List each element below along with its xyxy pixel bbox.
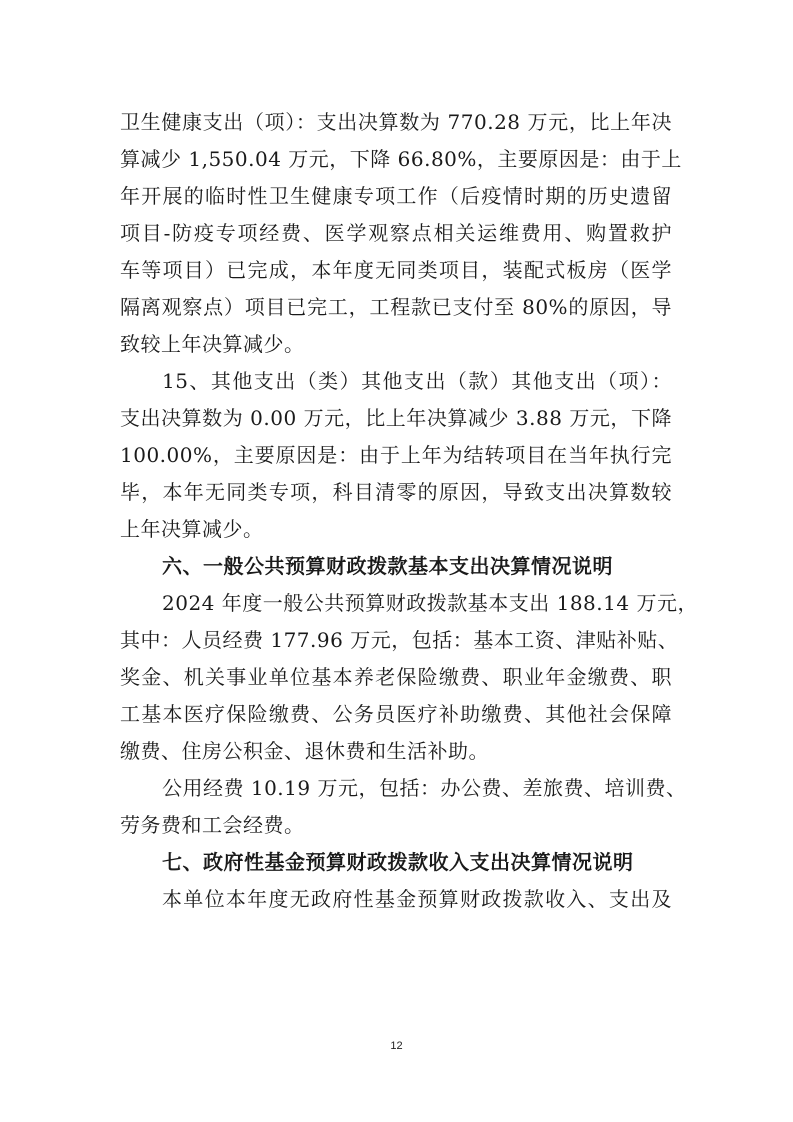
text-line: 100.00%，主要原因是：由于上年为结转项目在当年执行完 <box>120 437 672 474</box>
paragraph-public-funds: 公用经费 10.19 万元，包括：办公费、差旅费、培训费、 劳务费和工会经费。 <box>120 770 672 844</box>
text-line: 15、其他支出（类）其他支出（款）其他支出（项）： <box>120 363 672 400</box>
text-line: 项目-防疫专项经费、医学观察点相关运维费用、购置救护 <box>120 215 672 252</box>
document-page: 卫生健康支出（项）：支出决算数为 770.28 万元，比上年决 算减少 1,55… <box>0 0 793 1122</box>
text-line: 上年决算减少。 <box>120 511 672 548</box>
text-line: 致较上年决算减少。 <box>120 326 672 363</box>
text-line: 奖金、机关事业单位基本养老保险缴费、职业年金缴费、职 <box>120 659 672 696</box>
page-content: 卫生健康支出（项）：支出决算数为 770.28 万元，比上年决 算减少 1,55… <box>120 104 672 918</box>
text-line: 本单位本年度无政府性基金预算财政拨款收入、支出及 <box>120 881 672 918</box>
paragraph-government-fund: 本单位本年度无政府性基金预算财政拨款收入、支出及 <box>120 881 672 918</box>
text-line: 公用经费 10.19 万元，包括：办公费、差旅费、培训费、 <box>120 770 672 807</box>
page-number: 12 <box>0 1040 793 1052</box>
text-line: 劳务费和工会经费。 <box>120 807 672 844</box>
text-line: 算减少 1,550.04 万元，下降 66.80%，主要原因是：由于上 <box>120 141 672 178</box>
text-line: 其中：人员经费 177.96 万元，包括：基本工资、津贴补贴、 <box>120 622 672 659</box>
text-line: 车等项目）已完成，本年度无同类项目，装配式板房（医学 <box>120 252 672 289</box>
text-line: 支出决算数为 0.00 万元，比上年决算减少 3.88 万元，下降 <box>120 400 672 437</box>
text-line: 毕，本年无同类专项，科目清零的原因，导致支出决算数较 <box>120 474 672 511</box>
text-line: 缴费、住房公积金、退休费和生活补助。 <box>120 733 672 770</box>
paragraph-basic-expenditure: 2024 年度一般公共预算财政拨款基本支出 188.14 万元， 其中：人员经费… <box>120 585 672 770</box>
text-line: 卫生健康支出（项）：支出决算数为 770.28 万元，比上年决 <box>120 104 672 141</box>
paragraph-health-expenditure: 卫生健康支出（项）：支出决算数为 770.28 万元，比上年决 算减少 1,55… <box>120 104 672 363</box>
text-line: 工基本医疗保险缴费、公务员医疗补助缴费、其他社会保障 <box>120 696 672 733</box>
text-line: 2024 年度一般公共预算财政拨款基本支出 188.14 万元， <box>120 585 672 622</box>
paragraph-other-expenditure: 15、其他支出（类）其他支出（款）其他支出（项）： 支出决算数为 0.00 万元… <box>120 363 672 548</box>
section-heading-six: 六、一般公共预算财政拨款基本支出决算情况说明 <box>120 548 672 585</box>
text-line: 隔离观察点）项目已完工，工程款已支付至 80%的原因，导 <box>120 289 672 326</box>
section-heading-seven: 七、政府性基金预算财政拨款收入支出决算情况说明 <box>120 844 672 881</box>
text-line: 年开展的临时性卫生健康专项工作（后疫情时期的历史遗留 <box>120 178 672 215</box>
